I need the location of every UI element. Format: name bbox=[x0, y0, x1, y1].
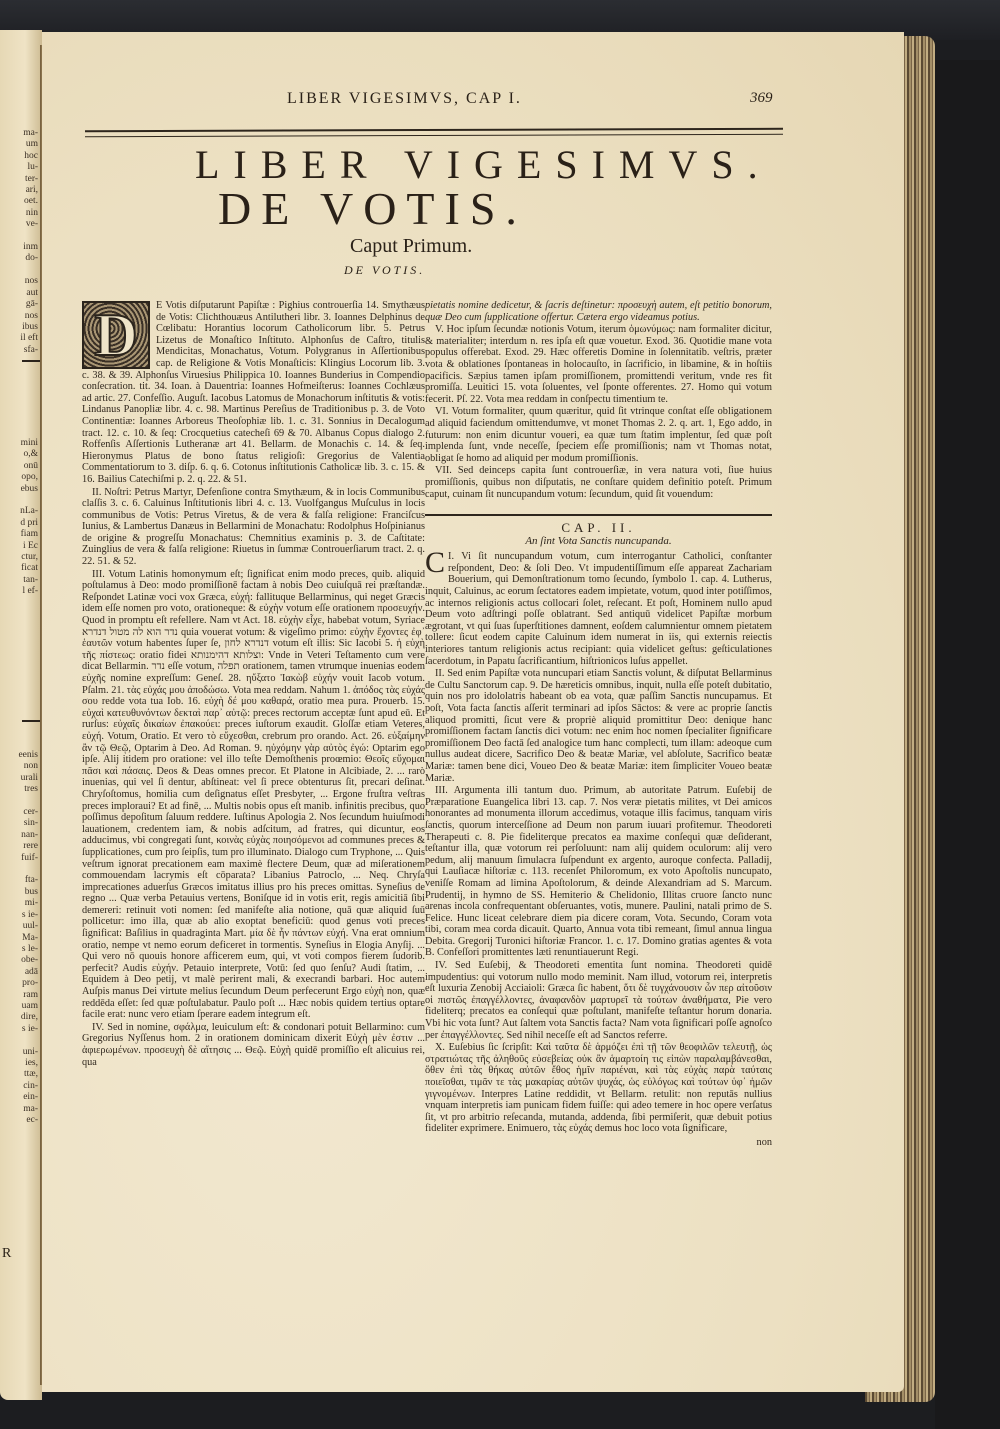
paragraph: X. Euſebius ſic ſcripſit: Καὶ ταῦτα δὲ ἁ… bbox=[425, 1042, 772, 1135]
paragraph: II. Noſtri: Petrus Martyr, Defenſione co… bbox=[82, 487, 425, 568]
chapter2-title: CAP. II. bbox=[425, 522, 772, 534]
scan-background-right bbox=[935, 60, 1000, 1429]
paragraph: IV. Sed in nomine, σφάλμα, leuiculum eſt… bbox=[82, 1022, 425, 1068]
previous-page-edge: ma- um hoc lu- ter- ari, oet. nin ve- in… bbox=[0, 30, 42, 1400]
previous-page-rule bbox=[22, 360, 42, 362]
section-title: DE VOTIS. bbox=[344, 263, 425, 278]
right-column: pietatis nomine dedicetur, & ſacris deſt… bbox=[425, 300, 772, 1149]
catchword: non bbox=[425, 1137, 772, 1149]
paragraph: IV. Sed Euſebij, & Theodoreti ementita ſ… bbox=[425, 960, 772, 1041]
previous-page-fragment-low: eenis non urali tres cer- sin- nan- rere… bbox=[18, 750, 38, 1126]
previous-page-fragment-mid: mini o,& onū opo, ebus nLa- d pri fiam i… bbox=[20, 438, 38, 598]
paragraph: VII. Sed deinceps capita ſunt controuerſ… bbox=[425, 465, 772, 500]
paragraph: III. Votum Latinis homonymum eſt; ſignif… bbox=[82, 569, 425, 1021]
paragraph-text: I. Vi ſit nuncupandum votum, cum interro… bbox=[425, 551, 772, 666]
previous-page-rule bbox=[22, 720, 42, 722]
paragraph: V. Hoc ipſum ſecundæ notionis Votum, ite… bbox=[425, 324, 772, 405]
drop-cap-letter: D bbox=[94, 305, 137, 365]
signature-mark: R bbox=[2, 1246, 11, 1262]
previous-page-fragment-top: ma- um hoc lu- ter- ari, oet. nin ve- in… bbox=[20, 128, 38, 356]
left-column: D E Votis diſputarunt Papiſtæ : Pighius … bbox=[82, 300, 425, 1069]
book-title: LIBER VIGESIMVS. bbox=[195, 145, 772, 185]
chapter-divider-rule bbox=[425, 514, 772, 516]
subject-title: DE VOTIS. bbox=[218, 185, 527, 233]
ornamental-drop-cap: D bbox=[82, 301, 150, 369]
running-head: LIBER VIGESIMVS, CAP I. bbox=[287, 90, 522, 108]
chapter2-subtitle: An ſint Vota Sanctis nuncupanda. bbox=[425, 536, 772, 548]
paragraph: II. Sed enim Papiſtæ vota nuncupari etia… bbox=[425, 668, 772, 784]
paragraph: III. Argumenta illi tantum duo. Primum, … bbox=[425, 785, 772, 959]
chapter2-drop-letter: C bbox=[425, 551, 445, 575]
paragraph: VI. Votum formaliter, quum quæritur, qui… bbox=[425, 406, 772, 464]
paragraph: CI. Vi ſit nuncupandum votum, cum interr… bbox=[425, 551, 772, 667]
page-number: 369 bbox=[750, 90, 773, 107]
chapter-title: Caput Primum. bbox=[350, 235, 472, 258]
paragraph: pietatis nomine dedicetur, & ſacris deſt… bbox=[425, 300, 772, 323]
